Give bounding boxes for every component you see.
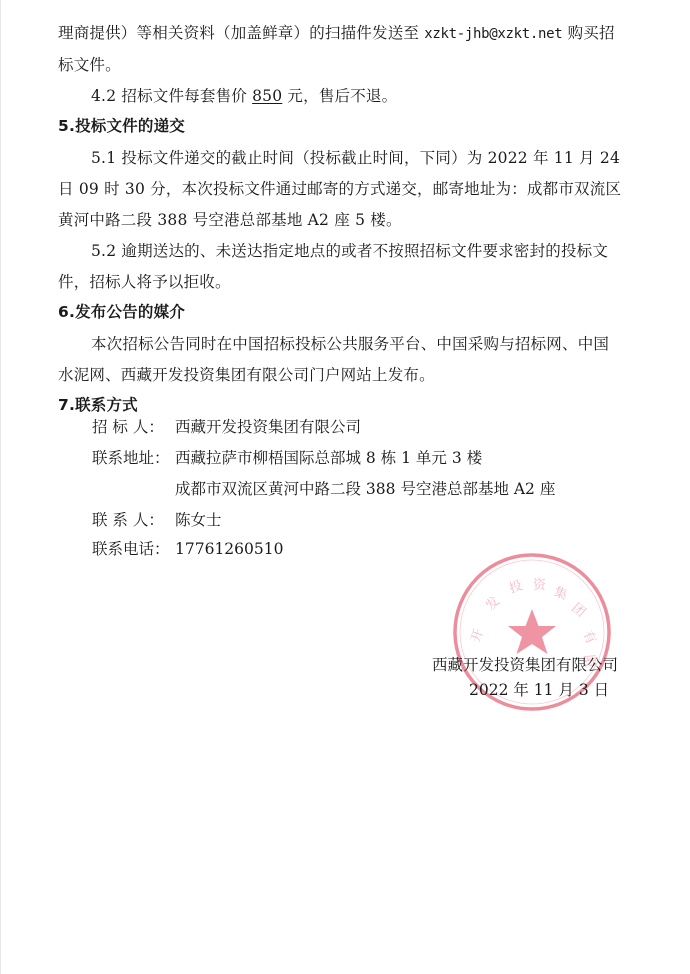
signature-date: 2022 年 11 月 3 日 [469,680,609,700]
contact-value: 成都市双流区黄河中路二段 388 号空港总部基地 A2 座 [175,479,555,499]
svg-text:开: 开 [469,627,488,644]
document-page: 理商提供）等相关资料（加盖鲜章）的扫描件发送至 xzkt-jhb@xzkt.ne… [0,0,690,974]
contact-value: 陈女士 [175,510,222,530]
para-text: 4.2 招标文件每套售价 [91,87,252,105]
contact-value: 西藏开发投资集团有限公司 [175,417,361,437]
price-value: 850 [252,87,282,105]
contact-label: 招 标 人： [92,417,164,437]
svg-text:资: 资 [533,577,547,593]
svg-text:有: 有 [579,628,598,646]
contact-label: 联系电话： [92,539,170,559]
contact-label: 联 系 人： [92,510,164,530]
section-6-heading: 6.发布公告的媒介 [58,302,185,322]
contact-label: 联系地址： [92,448,170,468]
para-text: 购买招 [562,24,614,42]
contact-value: 西藏拉萨市柳梧国际总部城 8 栋 1 单元 3 楼 [175,448,482,468]
para-5-1-line-3: 黄河中路二段 388 号空港总部基地 A2 座 5 楼。 [58,210,402,230]
para-5-1-line-2: 日 09 时 30 分，本次投标文件通过邮寄的方式递交，邮寄地址为：成都市双流区 [58,179,621,199]
star-icon [508,609,556,654]
para-text: 理商提供）等相关资料（加盖鲜章）的扫描件发送至 [58,24,424,42]
svg-text:团: 团 [568,601,588,621]
para-6-line-2: 水泥网、西藏开发投资集团有限公司门户网站上发布。 [58,365,435,385]
para-4-1-line-2: 标文件。 [58,55,121,75]
svg-text:发: 发 [483,594,503,614]
section-5-heading: 5.投标文件的递交 [58,116,185,136]
para-5-2-line-1: 5.2 逾期送达的、未送达指定地点的或者不按照招标文件要求密封的投标文 [91,241,608,261]
para-5-1-line-1: 5.1 投标文件递交的截止时间（投标截止时间，下同）为 2022 年 11 月 … [91,148,620,168]
email-address: xzkt-jhb@xzkt.net [424,26,562,42]
para-4-2: 4.2 招标文件每套售价 850 元，售后不退。 [91,86,397,106]
contact-value: 17761260510 [175,539,283,559]
para-text: 元，售后不退。 [282,87,397,105]
para-5-2-line-2: 件，招标人将予以拒收。 [58,272,231,292]
svg-text:投: 投 [507,577,525,596]
para-4-1-line-1: 理商提供）等相关资料（加盖鲜章）的扫描件发送至 xzkt-jhb@xzkt.ne… [58,23,615,44]
section-7-heading: 7.联系方式 [58,395,138,415]
para-6-line-1: 本次招标公告同时在中国招标投标公共服务平台、中国采购与招标网、中国 [91,334,609,354]
signature-company: 西藏开发投资集团有限公司 [432,655,618,675]
svg-text:集: 集 [552,584,570,603]
